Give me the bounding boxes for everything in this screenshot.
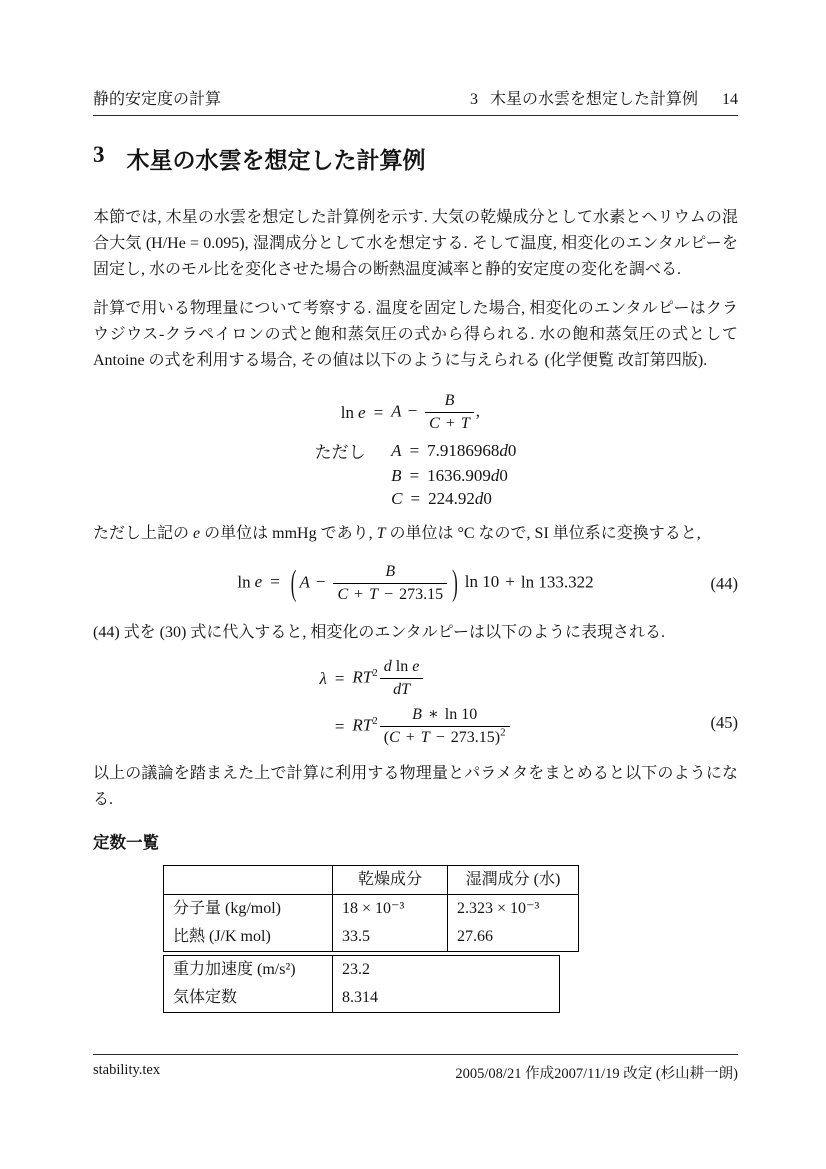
- math-token: T: [363, 715, 372, 734]
- math-token: T: [363, 667, 372, 686]
- math-token: 0: [499, 466, 508, 485]
- asterisk-operator: ∗: [428, 706, 439, 723]
- math-token: A: [391, 401, 401, 420]
- equation-number-45: (45): [711, 713, 739, 733]
- math-token: T: [401, 681, 410, 698]
- equals-sign: =: [335, 717, 345, 737]
- equation-45-grid: λ = RT2dlnedT = RT2B∗ln 10(C+T−273.15)2: [93, 656, 738, 749]
- frac-numerator: B: [425, 390, 474, 412]
- constants-caption: 定数一覧: [93, 829, 738, 853]
- table-row-gas-constant: 気体定数 8.314: [164, 984, 560, 1013]
- paragraph-units: ただし上記の e の単位は mmHg であり, T の単位は °C なので, S…: [93, 521, 738, 547]
- row-label: 比熱 (J/K mol): [164, 923, 333, 952]
- equation-antoine: lne = A−BC+T, ただし A=7.9186968d0 B=1636.9…: [93, 390, 738, 509]
- constant-C-value: 224.92: [428, 489, 475, 508]
- constants-table-upper: 乾燥成分 湿潤成分 (水) 分子量 (kg/mol) 18 × 10⁻³ 2.3…: [163, 865, 579, 952]
- paragraph-summary: 以上の議論を踏まえた上で計算に利用する物理量とパラメタをまとめると以下のようにな…: [93, 761, 738, 813]
- equation-number-44: (44): [711, 574, 739, 594]
- big-left-paren: (: [291, 563, 297, 605]
- equals-sign: =: [335, 669, 345, 689]
- equation-45: λ = RT2dlnedT = RT2B∗ln 10(C+T−273.15)2 …: [93, 656, 738, 749]
- equals-sign: =: [270, 572, 280, 591]
- math-token: T: [421, 729, 430, 746]
- math-token: C: [337, 586, 348, 603]
- eq-rhs: RT2B∗ln 10(C+T−273.15)2: [352, 704, 511, 749]
- math-token: C: [429, 415, 440, 432]
- table-header-empty: [164, 866, 333, 895]
- running-header: 静的安定度の計算 3 木星の水雲を想定した計算例 14: [93, 86, 738, 109]
- table-row-molar-mass: 分子量 (kg/mol) 18 × 10⁻³ 2.323 × 10⁻³: [164, 895, 579, 924]
- equals-sign: =: [410, 466, 420, 485]
- math-token: C: [389, 729, 400, 746]
- math-token: A: [391, 441, 401, 460]
- math-token: R: [352, 715, 362, 734]
- eq-rhs: A−BC+T,: [391, 390, 480, 435]
- math-token: R: [352, 667, 362, 686]
- minus-sign: −: [436, 729, 445, 746]
- eq-condition-label: ただし: [315, 438, 366, 463]
- math-token: ln 10: [445, 706, 477, 723]
- fraction: B∗ln 10(C+T−273.15)2: [380, 704, 510, 749]
- big-right-paren: ): [452, 563, 458, 605]
- table-header-moist: 湿潤成分 (水): [448, 866, 579, 895]
- equals-sign: =: [410, 441, 420, 460]
- math-token: A: [299, 572, 309, 591]
- minus-sign: −: [384, 586, 393, 603]
- table-row-gravity: 重力加速度 (m/s²) 23.2: [164, 956, 560, 985]
- constant-A-line: A=7.9186968d0: [391, 441, 516, 461]
- paragraph-text: の単位は °C なので, SI 単位系に変換すると,: [385, 525, 700, 542]
- minus-sign: −: [408, 401, 418, 420]
- fraction: BC+T: [425, 390, 474, 435]
- constants-table: 乾燥成分 湿潤成分 (水) 分子量 (kg/mol) 18 × 10⁻³ 2.3…: [163, 865, 738, 1013]
- math-token: B: [412, 706, 422, 723]
- frac-numerator: B: [333, 561, 447, 583]
- plus-sign: +: [446, 415, 455, 432]
- paragraph-text: 以上の議論を踏まえた上で計算に利用する物理量とパラメタをまとめると以下のようにな…: [93, 765, 738, 808]
- running-footer: stability.tex 2005/08/21 作成2007/11/19 改定…: [93, 1048, 738, 1083]
- paragraph-text: の単位は mmHg であり,: [200, 525, 376, 542]
- paragraph-text: 本節では, 木星の水雲を想定した計算例を示す. 大気の乾燥成分として水素とヘリウ…: [93, 209, 738, 278]
- document-page: 静的安定度の計算 3 木星の水雲を想定した計算例 14 3 木星の水雲を想定した…: [93, 86, 738, 1013]
- math-token: e: [412, 658, 419, 675]
- constants-table-lower: 重力加速度 (m/s²) 23.2 気体定数 8.314: [163, 955, 560, 1013]
- header-section-title: 木星の水雲を想定した計算例: [490, 86, 698, 109]
- math-token: T: [461, 415, 470, 432]
- footer-revision-info: 2005/08/21 作成2007/11/19 改定 (杉山耕一朗): [455, 1062, 738, 1083]
- paragraph-intro: 本節では, 木星の水雲を想定した計算例を示す. 大気の乾燥成分として水素とヘリウ…: [93, 205, 738, 283]
- footer-line: stability.tex 2005/08/21 作成2007/11/19 改定…: [93, 1062, 738, 1083]
- row-label: 気体定数: [164, 984, 333, 1013]
- table-header-dry: 乾燥成分: [333, 866, 448, 895]
- math-token: T: [369, 586, 378, 603]
- math-token: ln 10: [465, 572, 499, 591]
- fraction: BC+T−273.15: [333, 561, 447, 606]
- comma: ,: [476, 401, 480, 420]
- frac-denominator: dT: [380, 678, 424, 701]
- minus-sign: −: [316, 572, 326, 591]
- math-token: B: [391, 466, 401, 485]
- math-token: d: [499, 441, 508, 460]
- frac-denominator: (C+T−273.15)2: [380, 726, 510, 749]
- math-token: e: [358, 403, 366, 422]
- paragraph-text: 計算で用いる物理量について考察する. 温度を固定した場合, 相変化のエンタルピー…: [93, 300, 738, 369]
- paragraph-text: ただし上記の: [93, 525, 193, 542]
- header-left-title: 静的安定度の計算: [93, 86, 221, 109]
- superscript-2: 2: [372, 715, 378, 727]
- constant-B-value: 1636.909: [427, 466, 491, 485]
- row-label: 分子量 (kg/mol): [164, 895, 333, 924]
- footer-filename: stability.tex: [93, 1062, 160, 1083]
- section-title: 木星の水雲を想定した計算例: [127, 142, 426, 175]
- math-token: ln: [341, 403, 354, 422]
- math-token: e: [255, 572, 263, 591]
- superscript-2: 2: [372, 667, 378, 679]
- header-page-number: 14: [722, 91, 738, 109]
- math-token: 273.15: [399, 586, 443, 603]
- plus-sign: +: [406, 729, 415, 746]
- cell-moist-value: 2.323 × 10⁻³: [448, 895, 579, 924]
- section-heading: 3 木星の水雲を想定した計算例: [93, 142, 738, 175]
- math-token: d: [393, 681, 401, 698]
- cell-value: 8.314: [333, 984, 560, 1013]
- frac-numerator: B∗ln 10: [380, 704, 510, 726]
- header-right: 3 木星の水雲を想定した計算例 14: [470, 86, 738, 109]
- table-row-specific-heat: 比熱 (J/K mol) 33.5 27.66: [164, 923, 579, 952]
- cell-moist-value: 27.66: [448, 923, 579, 952]
- math-token: C: [391, 489, 402, 508]
- math-token: 273.15: [451, 729, 495, 746]
- constant-A-value: 7.9186968: [427, 441, 499, 460]
- equals-sign: =: [374, 403, 384, 423]
- equals-sign: =: [411, 489, 421, 508]
- header-section-number: 3: [470, 91, 478, 109]
- frac-denominator: C+T−273.15: [333, 583, 447, 606]
- header-rule: [93, 115, 738, 116]
- math-token: ln: [237, 572, 250, 591]
- equation-44: lne=(A−BC+T−273.15)ln 10+ln 133.322 (44): [93, 561, 738, 606]
- plus-sign: +: [354, 586, 363, 603]
- eq-rhs: RT2dlnedT: [352, 656, 425, 701]
- math-token: ln 133.322: [521, 572, 594, 591]
- constant-C-line: C=224.92d0: [391, 489, 492, 509]
- cell-dry-value: 18 × 10⁻³: [333, 895, 448, 924]
- paragraph-text: (44) 式を (30) 式に代入すると, 相変化のエンタルピーは以下のように表…: [93, 624, 665, 641]
- math-token: 0: [483, 489, 492, 508]
- cell-dry-value: 33.5: [333, 923, 448, 952]
- section-number: 3: [93, 142, 105, 175]
- math-token: d: [384, 658, 392, 675]
- eq-lhs: lne: [341, 403, 366, 423]
- math-token: λ: [319, 669, 326, 689]
- math-token: ln: [396, 658, 408, 675]
- superscript-2: 2: [500, 727, 506, 739]
- cell-value: 23.2: [333, 956, 560, 985]
- plus-sign: +: [505, 572, 515, 591]
- table-header-row: 乾燥成分 湿潤成分 (水): [164, 866, 579, 895]
- constant-B-line: B=1636.909d0: [391, 466, 508, 486]
- paragraph-substitution: (44) 式を (30) 式に代入すると, 相変化のエンタルピーは以下のように表…: [93, 620, 738, 646]
- math-token: 0: [508, 441, 517, 460]
- row-label: 重力加速度 (m/s²): [164, 956, 333, 985]
- frac-numerator: dlne: [380, 656, 424, 678]
- paragraph-method: 計算で用いる物理量について考察する. 温度を固定した場合, 相変化のエンタルピー…: [93, 296, 738, 374]
- fraction: dlnedT: [380, 656, 424, 701]
- footer-rule: [93, 1054, 738, 1055]
- frac-denominator: C+T: [425, 412, 474, 435]
